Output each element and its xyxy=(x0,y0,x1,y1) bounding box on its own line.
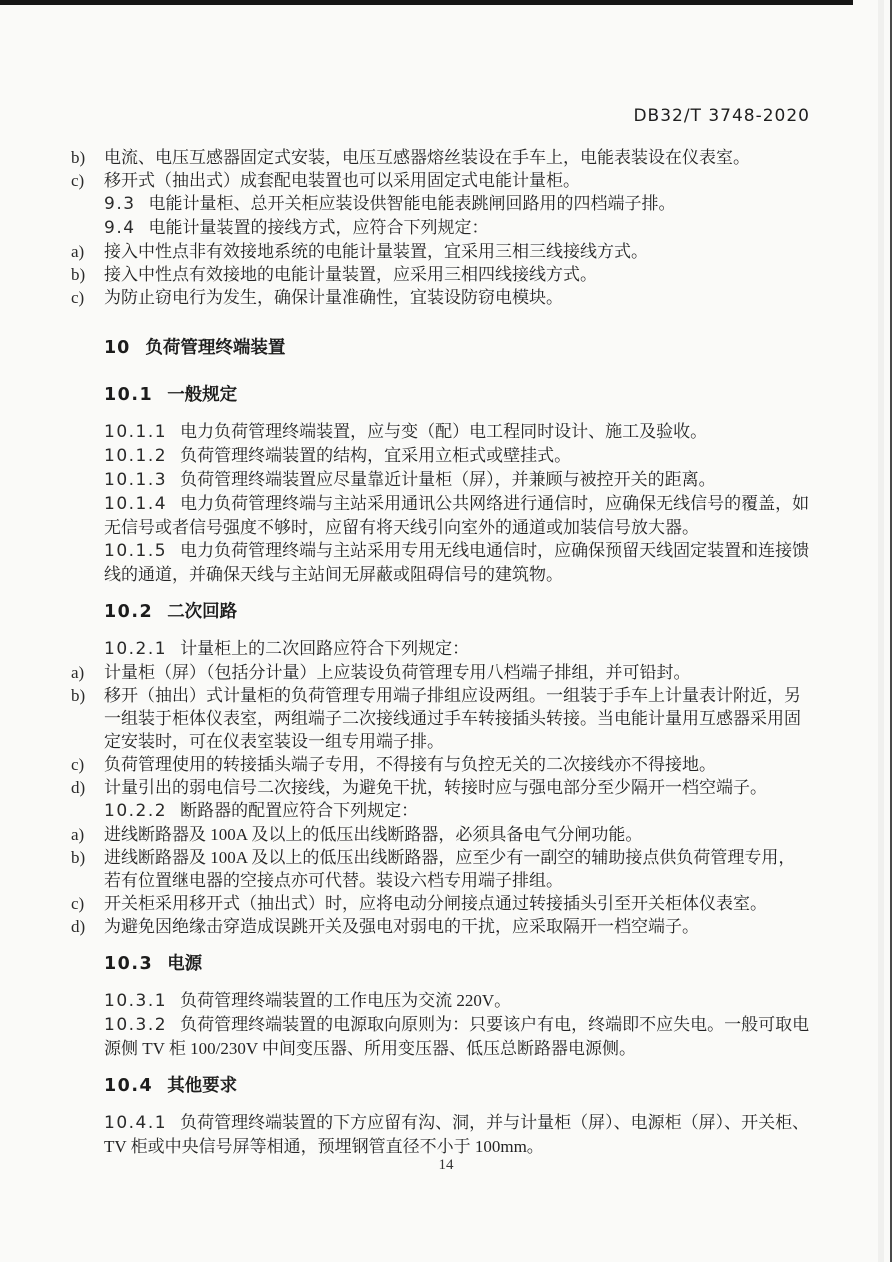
clause-number: 10.2.1 xyxy=(104,639,167,659)
list-item: a)计量柜（屏）（包括分计量）上应装设负荷管理专用八档端子排组，并可铅封。 xyxy=(104,661,812,684)
clause-text: 接入中性点有效接地的电能计量装置，应采用三相四线接线方式。 xyxy=(104,265,597,284)
clause-number: 9.3 xyxy=(104,194,136,214)
clause-number: 10.1.2 xyxy=(104,446,167,466)
clause: 10.1.3负荷管理终端装置应尽量靠近计量柜（屏），并兼顾与被控开关的距离。 xyxy=(104,468,812,492)
list-item: b)电流、电压互感器固定式安装，电压互感器熔丝装设在手车上，电能表装设在仪表室。 xyxy=(104,146,812,169)
list-item: b)进线断路器及 100A 及以上的低压出线断路器，应至少有一副空的辅助接点供负… xyxy=(104,846,812,892)
list-item: d)计量引出的弱电信号二次接线，为避免干扰，转接时应与强电部分至少隔开一档空端子… xyxy=(104,776,812,799)
document-page: { "document": { "code": "DB32/T 3748-202… xyxy=(0,0,892,1262)
subsection-heading: 10.1一般规定 xyxy=(104,384,812,407)
scan-edge-top xyxy=(0,0,853,5)
clause-number: 10.2.2 xyxy=(104,801,167,821)
list-marker: b) xyxy=(71,684,104,707)
clause-text: 开关柜采用移开式（抽出式）时，应将电动分闸接点通过转接插头引至开关柜体仪表室。 xyxy=(104,894,767,913)
list-item: c)为防止窃电行为发生，确保计量准确性，宜装设防窃电模块。 xyxy=(104,286,812,309)
clause-text: 计量柜（屏）（包括分计量）上应装设负荷管理专用八档端子排组，并可铅封。 xyxy=(104,663,691,682)
clause-text: 电能计量装置的接线方式，应符合下列规定： xyxy=(149,218,489,237)
clause: 10.1.2负荷管理终端装置的结构，宜采用立柜式或壁挂式。 xyxy=(104,444,812,468)
list-item: c)开关柜采用移开式（抽出式）时，应将电动分闸接点通过转接插头引至开关柜体仪表室… xyxy=(104,892,812,915)
clause-number: 10.1.5 xyxy=(104,541,167,561)
clause-text: 负荷管理终端装置应尽量靠近计量柜（屏），并兼顾与被控开关的距离。 xyxy=(180,470,716,489)
content: b)电流、电压互感器固定式安装，电压互感器熔丝装设在手车上，电能表装设在仪表室。… xyxy=(104,146,812,1158)
clause: 9.4电能计量装置的接线方式，应符合下列规定： xyxy=(104,216,812,240)
heading-number: 10.3 xyxy=(104,954,153,974)
clause-text: 移开式（抽出式）成套配电装置也可以采用固定式电能计量柜。 xyxy=(104,171,580,190)
clause-text: 电力负荷管理终端与主站采用通讯公共网络进行通信时，应确保无线信号的覆盖，如无信号… xyxy=(104,494,809,537)
clause-text: 电能计量柜、总开关柜应装设供智能电能表跳闸回路用的四档端子排。 xyxy=(149,194,676,213)
heading-number: 10.2 xyxy=(104,602,153,622)
clause-text: 进线断路器及 100A 及以上的低压出线断路器，必须具备电气分闸功能。 xyxy=(104,825,642,844)
heading-number: 10 xyxy=(104,338,130,358)
clause: 10.4.1负荷管理终端装置的下方应留有沟、洞，并与计量柜（屏）、电源柜（屏）、… xyxy=(104,1111,812,1158)
list-marker: b) xyxy=(71,846,104,869)
subsection-heading: 10.3电源 xyxy=(104,953,812,976)
heading-title: 其他要求 xyxy=(167,1076,237,1096)
clause: 10.1.1电力负荷管理终端装置，应与变（配）电工程同时设计、施工及验收。 xyxy=(104,420,812,444)
list-marker: c) xyxy=(71,169,104,192)
list-marker: a) xyxy=(71,823,104,846)
list-item: d)为避免因绝缘击穿造成误跳开关及强电对弱电的干扰，应采取隔开一档空端子。 xyxy=(104,915,812,938)
clause-text: 为防止窃电行为发生，确保计量准确性，宜装设防窃电模块。 xyxy=(104,288,563,307)
clause-number: 10.1.1 xyxy=(104,422,167,442)
clause: 9.3电能计量柜、总开关柜应装设供智能电能表跳闸回路用的四档端子排。 xyxy=(104,192,812,216)
clause: 10.2.1计量柜上的二次回路应符合下列规定： xyxy=(104,637,812,661)
scan-shade-right xyxy=(878,0,884,1262)
list-marker: d) xyxy=(71,915,104,938)
clause-text: 电流、电压互感器固定式安装，电压互感器熔丝装设在手车上，电能表装设在仪表室。 xyxy=(104,148,750,167)
doc-code: DB32/T 3748-2020 xyxy=(633,106,810,126)
clause: 10.3.1负荷管理终端装置的工作电压为交流 220V。 xyxy=(104,989,812,1013)
clause-text: 为避免因绝缘击穿造成误跳开关及强电对弱电的干扰，应采取隔开一档空端子。 xyxy=(104,917,699,936)
list-item: b)接入中性点有效接地的电能计量装置，应采用三相四线接线方式。 xyxy=(104,263,812,286)
page-number: 14 xyxy=(0,1157,892,1174)
list-marker: a) xyxy=(71,661,104,684)
clause-text: 移开（抽出）式计量柜的负荷管理专用端子排组应设两组。一组装于手车上计量表计附近，… xyxy=(104,686,801,751)
clause: 10.1.5电力负荷管理终端与主站采用专用无线电通信时，应确保预留天线固定装置和… xyxy=(104,539,812,586)
clause: 10.3.2负荷管理终端装置的电源取向原则为：只要该户有电，终端即不应失电。一般… xyxy=(104,1013,812,1060)
list-marker: c) xyxy=(71,892,104,915)
clause-text: 电力负荷管理终端与主站采用专用无线电通信时，应确保预留天线固定装置和连接馈线的通… xyxy=(104,541,809,584)
list-item: b)移开（抽出）式计量柜的负荷管理专用端子排组应设两组。一组装于手车上计量表计附… xyxy=(104,684,812,753)
list-item: c)负荷管理使用的转接插头端子专用，不得接有与负控无关的二次接线亦不得接地。 xyxy=(104,753,812,776)
clause-number: 10.4.1 xyxy=(104,1113,167,1133)
clause-text: 断路器的配置应符合下列规定： xyxy=(180,801,418,820)
list-marker: b) xyxy=(71,263,104,286)
clause-text: 负荷管理使用的转接插头端子专用，不得接有与负控无关的二次接线亦不得接地。 xyxy=(104,755,716,774)
heading-number: 10.1 xyxy=(104,385,153,405)
subsection-heading: 10.2二次回路 xyxy=(104,601,812,624)
clause-number: 10.1.3 xyxy=(104,470,167,490)
heading-title: 负荷管理终端装置 xyxy=(145,338,285,358)
clause-text: 负荷管理终端装置的下方应留有沟、洞，并与计量柜（屏）、电源柜（屏）、开关柜、TV… xyxy=(104,1113,809,1156)
clause-number: 10.1.4 xyxy=(104,494,167,514)
clause: 10.2.2断路器的配置应符合下列规定： xyxy=(104,799,812,823)
clause: 10.1.4电力负荷管理终端与主站采用通讯公共网络进行通信时，应确保无线信号的覆… xyxy=(104,492,812,539)
clause-text: 负荷管理终端装置的结构，宜采用立柜式或壁挂式。 xyxy=(180,446,571,465)
list-marker: c) xyxy=(71,753,104,776)
clause-number: 9.4 xyxy=(104,218,136,238)
section-heading: 10负荷管理终端装置 xyxy=(104,337,812,360)
list-marker: d) xyxy=(71,776,104,799)
clause-text: 接入中性点非有效接地系统的电能计量装置，宜采用三相三线接线方式。 xyxy=(104,242,648,261)
clause-text: 进线断路器及 100A 及以上的低压出线断路器，应至少有一副空的辅助接点供负荷管… xyxy=(104,848,795,890)
list-marker: b) xyxy=(71,146,104,169)
subsection-heading: 10.4其他要求 xyxy=(104,1075,812,1098)
clause-text: 计量柜上的二次回路应符合下列规定： xyxy=(180,639,469,658)
heading-title: 电源 xyxy=(167,954,202,974)
heading-number: 10.4 xyxy=(104,1076,153,1096)
heading-title: 二次回路 xyxy=(167,602,237,622)
clause-text: 计量引出的弱电信号二次接线，为避免干扰，转接时应与强电部分至少隔开一档空端子。 xyxy=(104,778,767,797)
clause-number: 10.3.2 xyxy=(104,1015,167,1035)
list-marker: a) xyxy=(71,240,104,263)
heading-title: 一般规定 xyxy=(167,385,237,405)
clause-text: 负荷管理终端装置的电源取向原则为：只要该户有电，终端即不应失电。一般可取电源侧 … xyxy=(104,1015,809,1058)
list-marker: c) xyxy=(71,286,104,309)
list-item: c)移开式（抽出式）成套配电装置也可以采用固定式电能计量柜。 xyxy=(104,169,812,192)
list-item: a)接入中性点非有效接地系统的电能计量装置，宜采用三相三线接线方式。 xyxy=(104,240,812,263)
list-item: a)进线断路器及 100A 及以上的低压出线断路器，必须具备电气分闸功能。 xyxy=(104,823,812,846)
clause-number: 10.3.1 xyxy=(104,991,167,1011)
clause-text: 负荷管理终端装置的工作电压为交流 220V。 xyxy=(180,991,511,1010)
clause-text: 电力负荷管理终端装置，应与变（配）电工程同时设计、施工及验收。 xyxy=(180,422,707,441)
